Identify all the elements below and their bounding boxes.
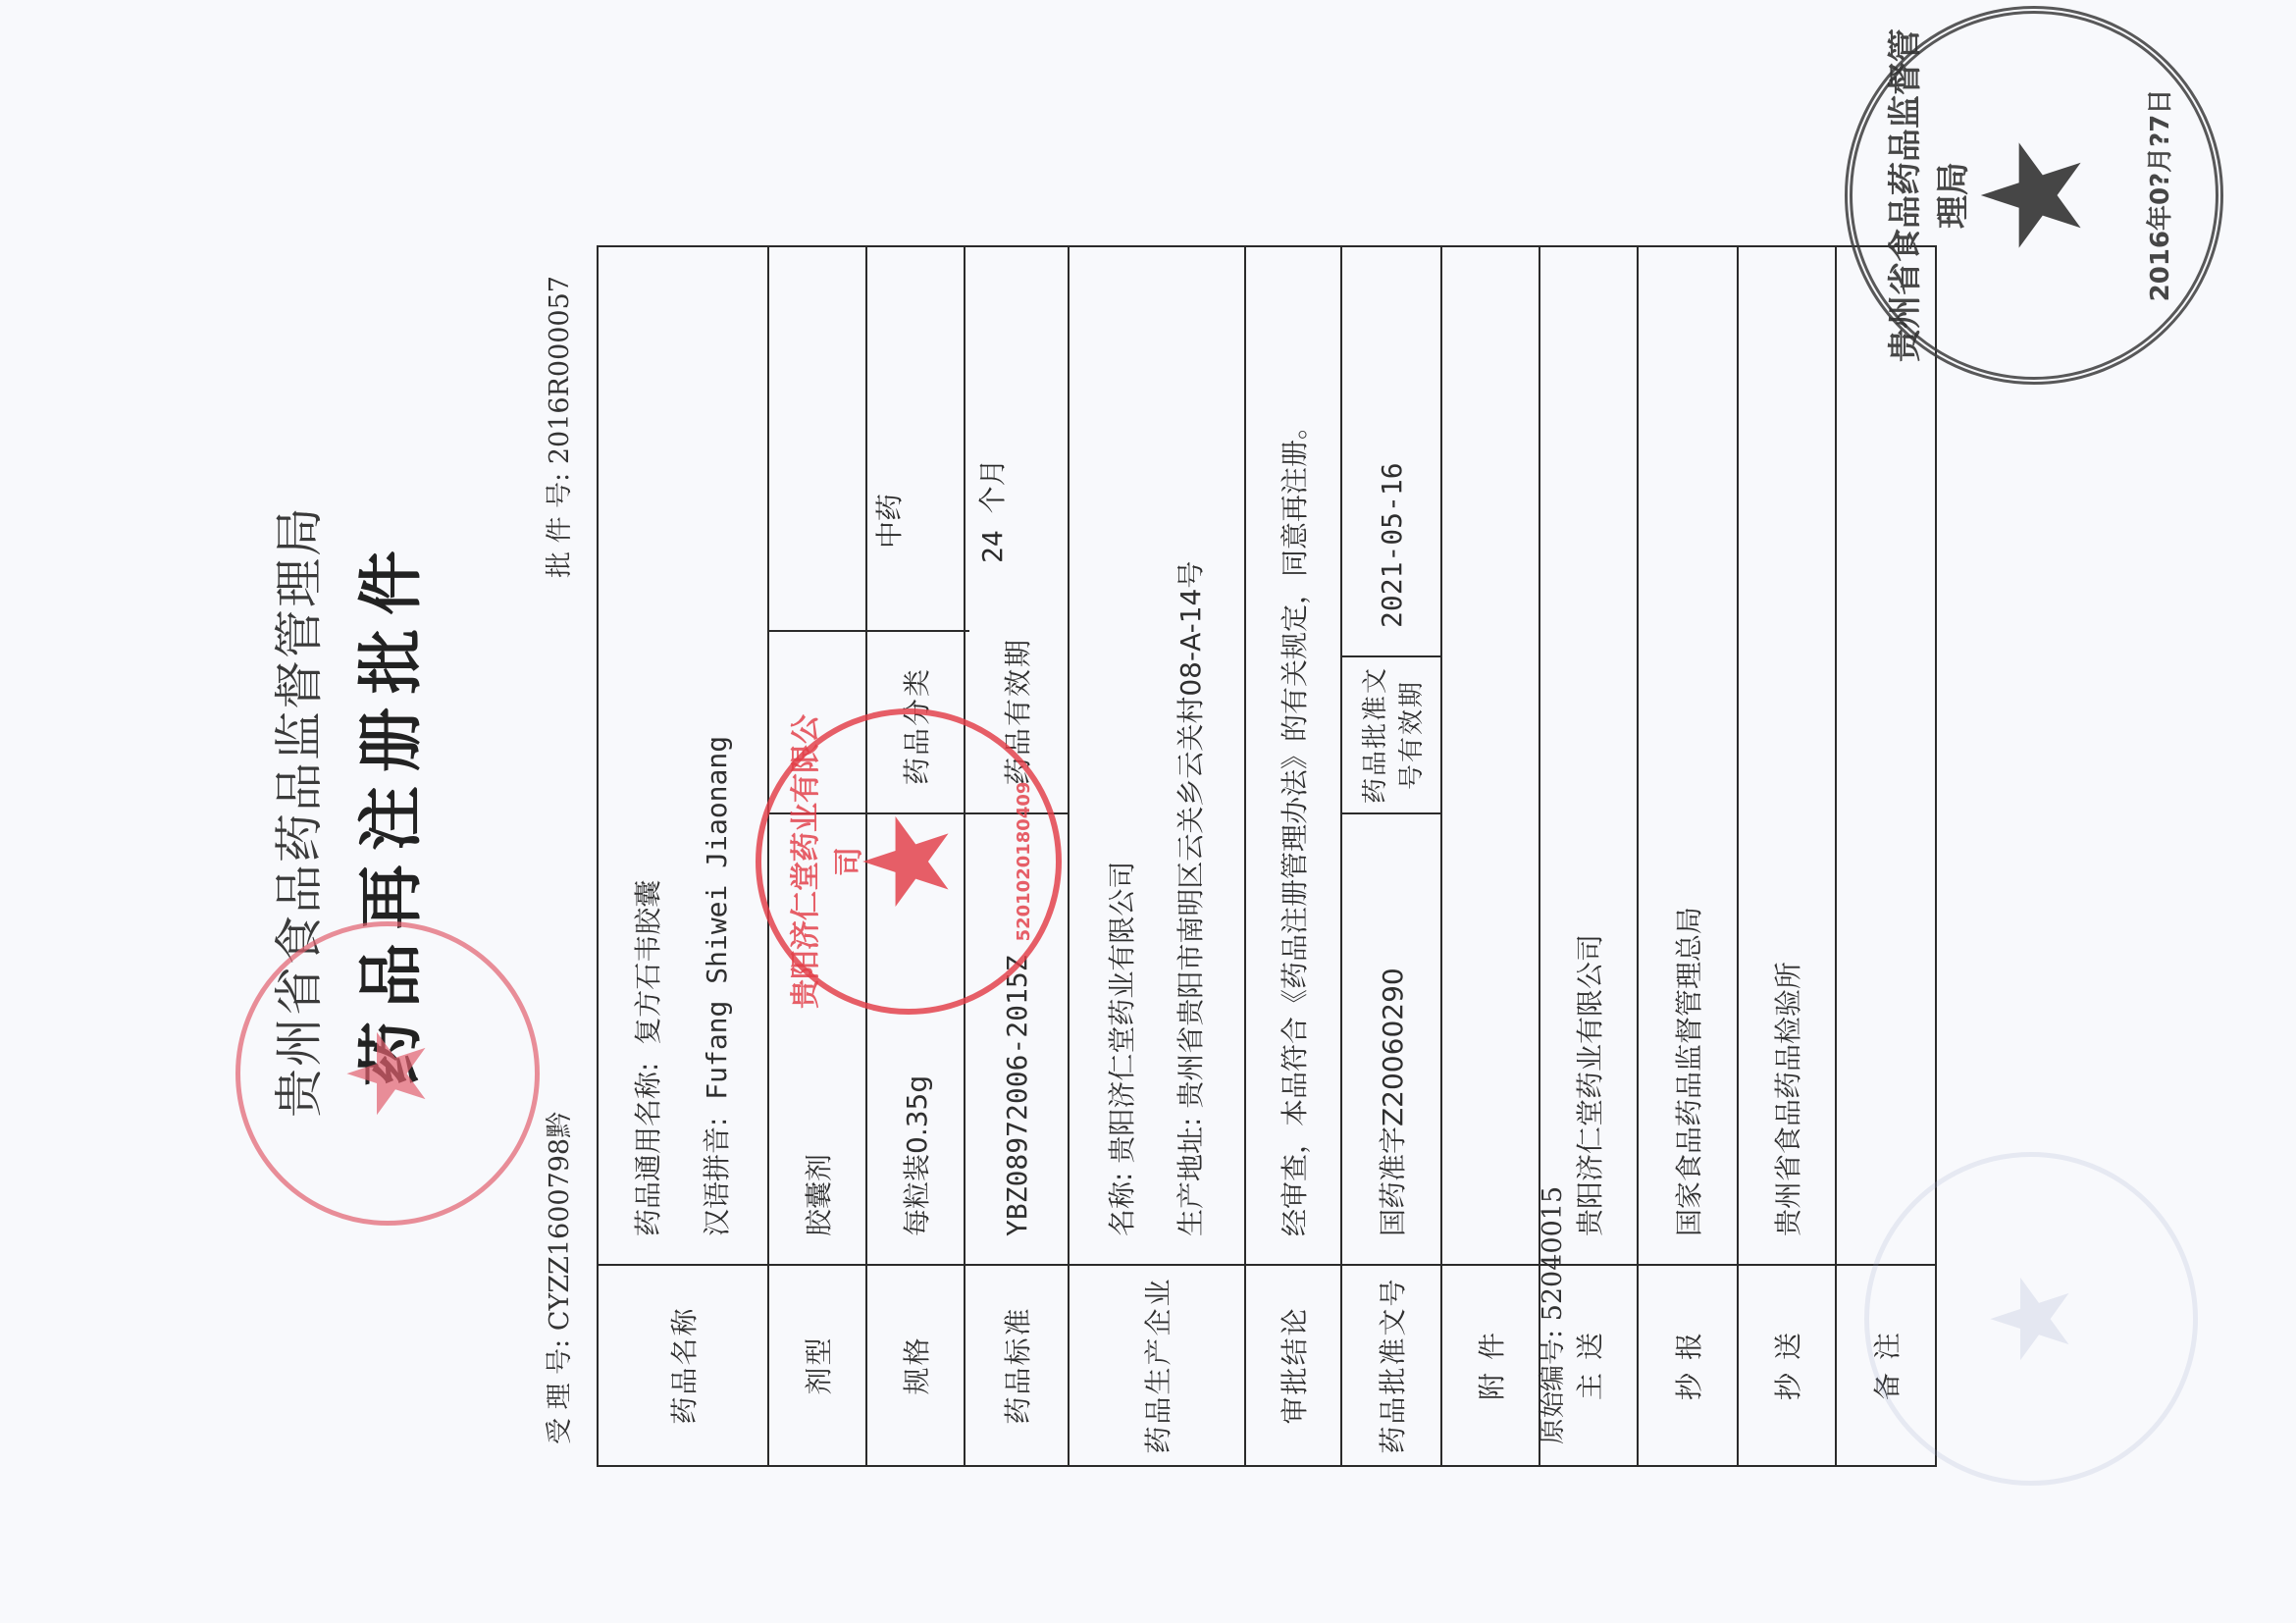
drug-name-cell: 药品通用名称: 复方石韦胶囊 汉语拼音: Fufang Shiwei Jiaon… (598, 246, 768, 1265)
approval-validity-value: 2021-05-16 (1341, 246, 1441, 656)
table-row-copy-to: 抄 送 贵州省食品药品检验所 (1738, 246, 1836, 1466)
acceptance-number: 受 理 号: CYZZ1600798黔 (538, 758, 576, 1444)
shelf-life-value: 24 个月 (971, 458, 1011, 563)
table-row-manufacturer: 药品生产企业 名称: 贵阳济仁堂药业有限公司 生产地址: 贵州省贵阳市南明区云关… (1069, 246, 1245, 1466)
table-row-attachment: 附 件 (1441, 246, 1539, 1466)
document-title: 药品再注册批件 (339, 0, 432, 1623)
table-row-main-recipient: 主 送 贵阳济仁堂药业有限公司 (1539, 246, 1638, 1466)
generic-name: 复方石韦胶囊 (632, 880, 664, 1045)
pinyin-name: Fufang Shiwei Jiaonang (701, 736, 733, 1100)
table-row-approval-number: 药品批准文号 国药准字Z20060290 药品批准文号有效期 2021-05-1… (1341, 246, 1441, 1466)
cell-divider (767, 812, 969, 814)
star-icon: ★ (1977, 1271, 2085, 1368)
table-row-remarks: 备 注 (1836, 246, 1936, 1466)
table-row-conclusion: 审批结论 经审查，本品符合《药品注册管理办法》的有关规定，同意再注册。 (1245, 246, 1341, 1466)
star-icon: ★ (1965, 133, 2103, 257)
approval-doc-number: 批 件 号: 2016R000057 (538, 87, 576, 578)
label-drug-name: 药品名称 (598, 1265, 768, 1466)
conclusion-value: 经审查，本品符合《药品注册管理办法》的有关规定，同意再注册。 (1245, 246, 1341, 1265)
manufacturer-address: 贵州省贵阳市南明区云关乡云关村08-A-14号 (1174, 561, 1207, 1109)
table-row-specification: 规格 每粒装0.35g 药品分类 (866, 246, 965, 1466)
drug-standard-value: YBZ08972006-2015Z (965, 813, 1069, 1265)
table-row-dosage-form: 剂型 胶囊剂 (768, 246, 866, 1466)
specification-value: 每粒装0.35g (866, 813, 965, 1265)
dosage-form-value: 胶囊剂 (768, 246, 866, 1265)
table-row-standard: 药品标准 YBZ08972006-2015Z 药品有效期 (965, 246, 1069, 1466)
table-row-drug-name: 药品名称 药品通用名称: 复方石韦胶囊 汉语拼音: Fufang Shiwei … (598, 246, 768, 1466)
scanned-document-page: 贵州省食品药品监督管理局 药品再注册批件 原始编号: 52040015 受 理 … (0, 0, 2296, 1623)
approval-table: 药品名称 药品通用名称: 复方石韦胶囊 汉语拼音: Fufang Shiwei … (597, 245, 1937, 1467)
table-row-report-to: 抄 报 国家食品药品监督管理总局 (1638, 246, 1738, 1466)
approval-number-value: 国药准字Z20060290 (1341, 813, 1441, 1265)
manufacturer-name: 贵阳济仁堂药业有限公司 (1106, 862, 1138, 1164)
cell-divider (767, 630, 969, 632)
issuing-authority: 贵州省食品药品监督管理局 (260, 0, 331, 1623)
drug-category-value: 中药 (868, 494, 908, 549)
